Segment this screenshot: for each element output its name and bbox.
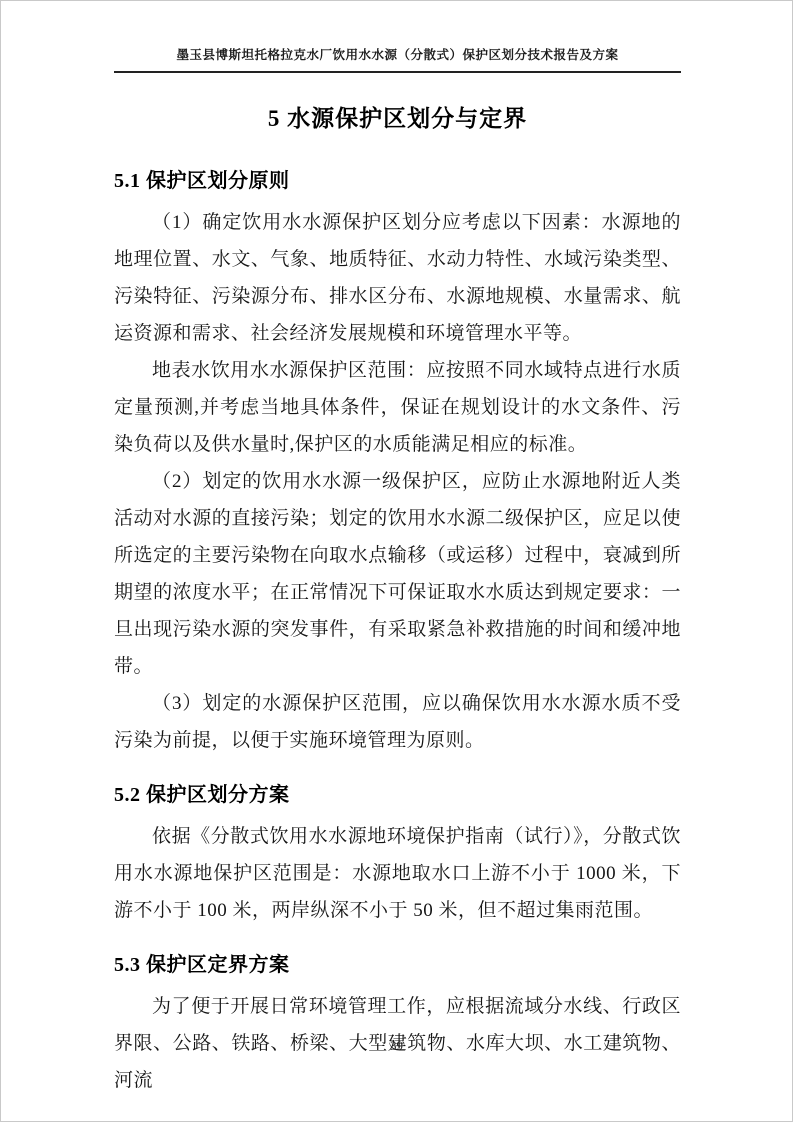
page-number: 39 xyxy=(390,1038,403,1053)
paragraph: 地表水饮用水水源保护区范围：应按照不同水域特点进行水质定量预测,并考虑当地具体条… xyxy=(114,352,681,463)
section-heading-5-1: 5.1 保护区划分原则 xyxy=(114,168,681,194)
section-5-3: 5.3 保护区定界方案 为了便于开展日常环境管理工作，应根据流域分水线、行政区界… xyxy=(114,952,681,1099)
section-5-1: 5.1 保护区划分原则 （1）确定饮用水水源保护区划分应考虑以下因素：水源地的地… xyxy=(114,168,681,759)
paragraph: （1）确定饮用水水源保护区划分应考虑以下因素：水源地的地理位置、水文、气象、地质… xyxy=(114,204,681,352)
section-heading-5-3: 5.3 保护区定界方案 xyxy=(114,952,681,978)
paragraph: （2）划定的饮用水水源一级保护区，应防止水源地附近人类活动对水源的直接污染；划定… xyxy=(114,463,681,685)
page-header: 墨玉县博斯坦托格拉克水厂饮用水水源（分散式）保护区划分技术报告及方案 xyxy=(114,1,681,73)
paragraph: （3）划定的水源保护区范围，应以确保饮用水水源水质不受污染为前提，以便于实施环境… xyxy=(114,685,681,759)
document-page: 墨玉县博斯坦托格拉克水厂饮用水水源（分散式）保护区划分技术报告及方案 5 水源保… xyxy=(0,0,793,1122)
document-body: 5 水源保护区划分与定界 5.1 保护区划分原则 （1）确定饮用水水源保护区划分… xyxy=(114,103,681,1099)
page-footer: 39 xyxy=(1,1037,792,1055)
running-header-title: 墨玉县博斯坦托格拉克水厂饮用水水源（分散式）保护区划分技术报告及方案 xyxy=(114,47,681,73)
chapter-title: 5 水源保护区划分与定界 xyxy=(114,103,681,135)
section-5-2: 5.2 保护区划分方案 依据《分散式饮用水水源地环境保护指南（试行）》，分散式饮… xyxy=(114,782,681,929)
section-heading-5-2: 5.2 保护区划分方案 xyxy=(114,782,681,808)
paragraph: 依据《分散式饮用水水源地环境保护指南（试行）》，分散式饮用水水源地保护区范围是：… xyxy=(114,818,681,929)
